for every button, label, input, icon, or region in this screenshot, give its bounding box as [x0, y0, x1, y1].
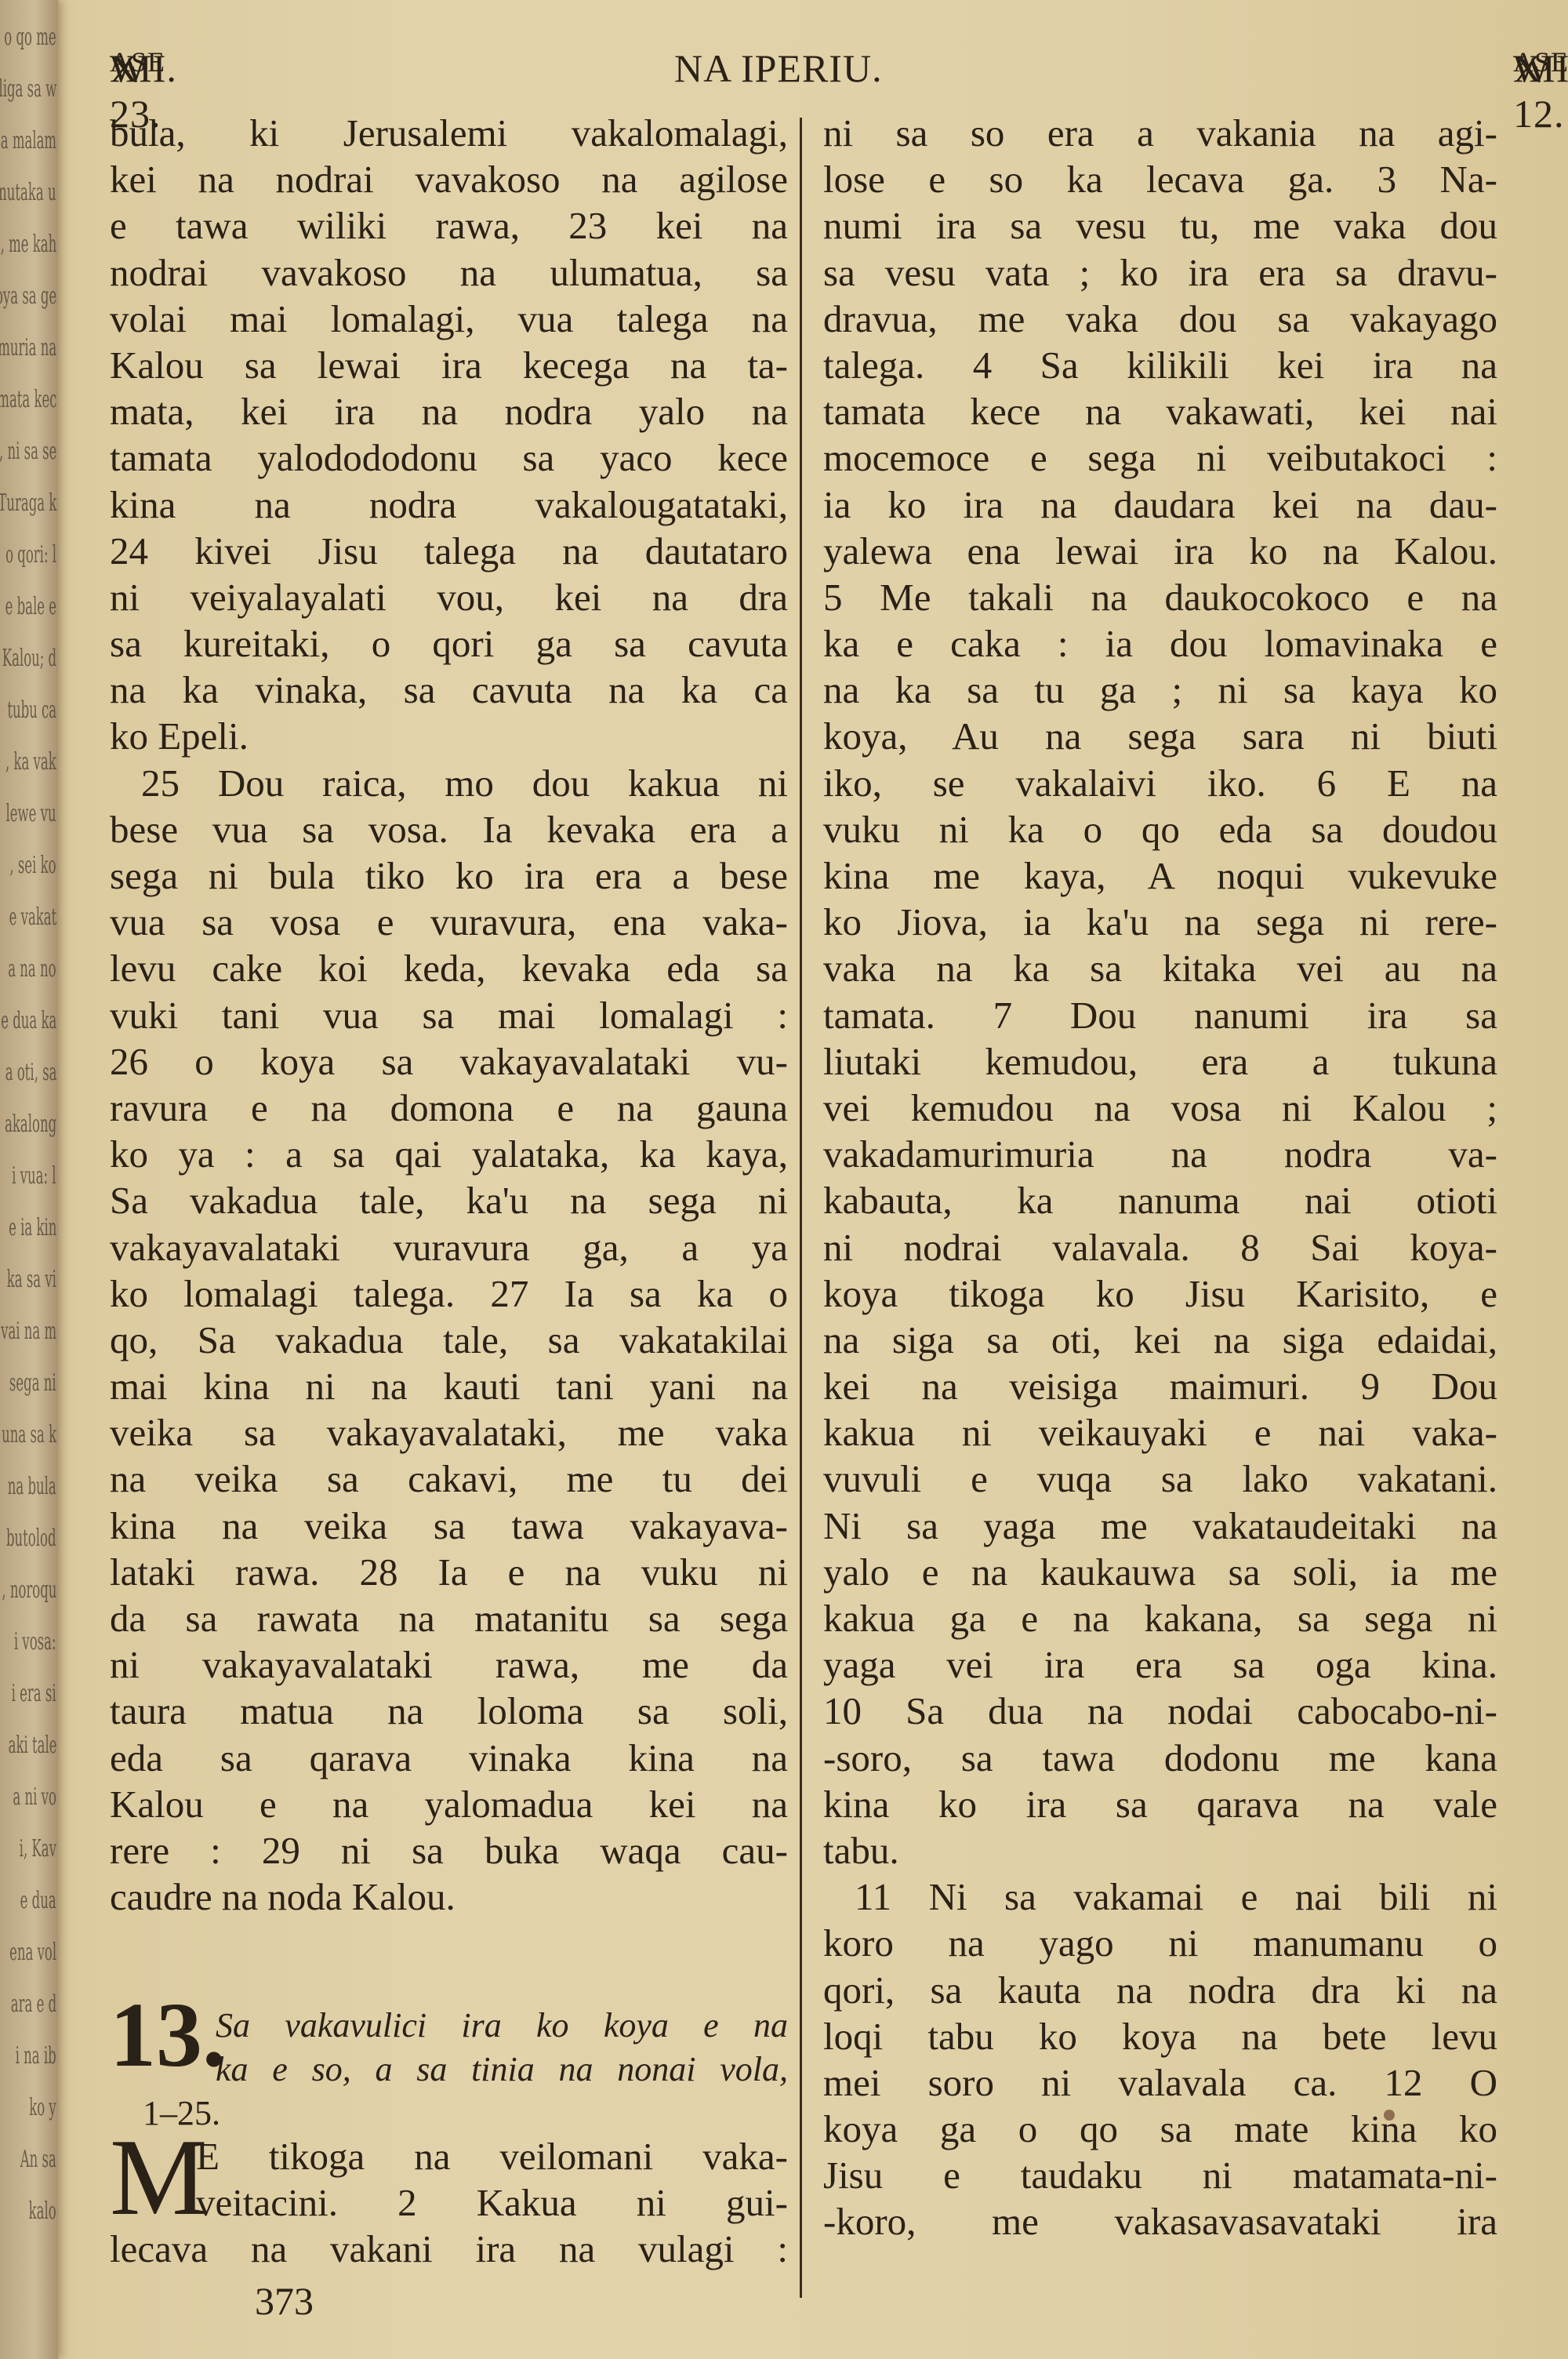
text-line: sa vesu vata ; ko ira era sa dravu- [823, 249, 1497, 296]
facing-page-fragment: oya sa ge [0, 282, 56, 310]
facing-page-fragment: ena vol [9, 1939, 56, 1966]
facing-page-fragment: tamata kec [0, 386, 56, 413]
facing-page-fragment: o qori: l [5, 541, 56, 569]
text-line: na ka sa tu ga ; ni sa kaya ko [823, 667, 1497, 713]
facing-page-fragment: a oti, sa [5, 1059, 56, 1086]
text-line: na veika sa cakavi, me tu dei [110, 1456, 788, 1502]
opening-lines: E tikoga na veilomani vaka-veitacini. 2 … [110, 2133, 788, 2272]
facing-page-fragment: e dua [20, 1887, 56, 1914]
text-line: na siga sa oti, kei na siga edaidai, [823, 1317, 1497, 1363]
text-line: 24 kivei Jisu talega na dautataro [110, 528, 788, 574]
text-line: Sa vakadua tale, ka'u na sega ni [110, 1177, 788, 1223]
facing-page-fragment: sega ni [9, 1369, 56, 1397]
text-line: qo, Sa vakadua tale, sa vakatakilai [110, 1317, 788, 1363]
text-line: ni vakayavalataki rawa, me da [110, 1641, 788, 1688]
facing-page-fragment: tubu ca [7, 696, 56, 724]
text-line: 25 Dou raica, mo dou kakua ni [110, 760, 788, 806]
text-line: tamata yalodododonu sa yaco kece [110, 434, 788, 481]
facing-page-fragment: a, ni sa se [0, 438, 56, 465]
facing-page-fragment: ko y [29, 2094, 56, 2121]
facing-page-fragment: butolod [6, 1525, 56, 1552]
text-line: koya, Au na sega sara ni biuti [823, 713, 1497, 759]
text-line: Kalou e na yalomadua kei na [110, 1781, 788, 1827]
facing-page-fragment: e dua ka [1, 1007, 56, 1034]
chapter-number: 13. [110, 1996, 226, 2074]
text-line: levu cake koi keda, kevaka eda sa [110, 945, 788, 991]
text-line: caudre na noda Kalou. [110, 1874, 788, 1920]
text-line: veitacini. 2 Kakua ni gui- [110, 2179, 788, 2226]
text-line: nodrai vavakoso na ulumatua, sa [110, 249, 788, 296]
facing-page-fragment: e vakat [9, 903, 56, 931]
facing-page-fragment: i, Kav [20, 1835, 56, 1863]
text-line: tabu. [823, 1827, 1497, 1874]
text-line: dravua, me vaka dou sa vakayago [823, 296, 1497, 342]
facing-page-fragment: kalo [29, 2197, 56, 2225]
paper-stain [1384, 2110, 1395, 2121]
facing-page-fragment: ara e d [11, 1990, 56, 2018]
text-line: ia ko ira na daudara kei na dau- [823, 482, 1497, 528]
text-line: kakua ga e na kakana, sa sega ni [823, 1595, 1497, 1641]
text-line: koro na yago ni manumanu o [823, 1920, 1497, 1966]
text-line: Kalou sa lewai ira kecega na ta- [110, 342, 788, 388]
facing-page-fragment: onutaka u [0, 179, 56, 206]
text-line: yalewa ena lewai ira ko na Kalou. [823, 528, 1497, 574]
text-line: vaka na ka sa kitaka vei au na [823, 945, 1497, 991]
text-line: kina me kaya, A noqui vukevuke [823, 852, 1497, 899]
text-line: vuvuli e vuqa sa lako vakatani. [823, 1456, 1497, 1502]
facing-page-fragment: An sa [20, 2146, 56, 2173]
text-line: ni sa so era a vakania na agi- [823, 110, 1497, 156]
text-line: e tawa wiliki rawa, 23 kei na [110, 202, 788, 249]
text-line: talega. 4 Sa kilikili kei ira na [823, 342, 1497, 388]
text-line: vakadamurimuria na nodra va- [823, 1131, 1497, 1177]
chapter-summary-line: Sa vakavulici ira ko koya e na [216, 2004, 788, 2048]
text-line: Jisu e taudaku ni matamata-ni- [823, 2152, 1497, 2198]
facing-page-fragment: ka sa vi [7, 1266, 56, 1293]
text-line: -koro, me vakasavasavataki ira [823, 2198, 1497, 2245]
facing-page-fragment: una sa k [2, 1421, 56, 1448]
text-line: da sa rawata na matanitu sa sega [110, 1595, 788, 1641]
facing-page-fragment: i era si [12, 1680, 56, 1707]
text-line: ko Epeli. [110, 713, 788, 759]
text-line: ko ya : a sa qai yalataka, ka kaya, [110, 1131, 788, 1177]
text-line: koya ga o qo sa mate kina ko [823, 2106, 1497, 2152]
text-line: volai mai lomalagi, vua talega na [110, 296, 788, 342]
text-line: lose e so ka lecava ga. 3 Na- [823, 156, 1497, 202]
running-header: WASE XII. 23. NA IPERIU. WASE XIII. 12. [110, 45, 1513, 93]
facing-page-fragment: e ia kin [9, 1214, 56, 1241]
text-line: tamata. 7 Dou nanumi ira sa [823, 992, 1497, 1038]
facing-page-fragment: liga sa w [0, 75, 56, 103]
facing-page-fragment: , me kah [0, 231, 56, 258]
chapter-summary: Sa vakavulici ira ko koya e na ka e so, … [216, 2004, 788, 2092]
text-line: ravura e na domona e na gauna [110, 1085, 788, 1131]
text-line: kei na nodrai vavakoso na agilose [110, 156, 788, 202]
text-line: sega ni bula tiko ko ira era a bese [110, 852, 788, 899]
text-line: mei soro ni valavala ca. 12 O [823, 2059, 1497, 2106]
facing-page-fragment: e bale e [5, 593, 56, 620]
text-line: taura matua na loloma sa soli, [110, 1688, 788, 1734]
text-line: yalo e na kaukauwa sa soli, ia me [823, 1549, 1497, 1595]
facing-page-fragment: , noroqu [2, 1576, 56, 1604]
text-line: 5 Me takali na daukocokoco e na [823, 574, 1497, 620]
text-line: eda sa qarava vinaka kina na [110, 1735, 788, 1781]
text-line: vei kemudou na vosa ni Kalou ; [823, 1085, 1497, 1131]
facing-page-fragment: sa malam [0, 127, 56, 154]
drop-cap-letter: M [110, 2127, 207, 2229]
text-line: kakua ni veikauyaki e nai vaka- [823, 1409, 1497, 1456]
text-line: sa kureitaki, o qori ga sa cavuta [110, 620, 788, 667]
facing-page-fragment: Turaga k [0, 489, 56, 517]
text-line: koya tikoga ko Jisu Karisito, e [823, 1270, 1497, 1317]
text-line: kabauta, ka nanuma nai otioti [823, 1177, 1497, 1223]
text-line: ko Jiova, ia ka'u na sega ni rere- [823, 899, 1497, 945]
text-line: mocemoce e sega ni veibutakoci : [823, 434, 1497, 481]
facing-page-edge: o qo meliga sa wsa malamonutaka u, me ka… [0, 0, 58, 2359]
text-line: ni nodrai valavala. 8 Sai koya- [823, 1224, 1497, 1270]
text-line: vuku ni ka o qo eda sa doudou [823, 806, 1497, 852]
text-line: E tikoga na veilomani vaka- [110, 2133, 788, 2179]
facing-page-fragment: akalong [5, 1110, 56, 1138]
text-line: qori, sa kauta na nodra dra ki na [823, 1967, 1497, 2013]
text-line: bula, ki Jerusalemi vakalomalagi, [110, 110, 788, 156]
text-line: 11 Ni sa vakamai e nai bili ni [823, 1874, 1497, 1920]
text-line: tamata kece na vakawati, kei nai [823, 388, 1497, 434]
text-line: Ni sa yaga me vakataudeitaki na [823, 1503, 1497, 1549]
facing-page-fragment: Kalou; d [2, 645, 56, 672]
text-line: mata, kei ira na nodra yalo na [110, 388, 788, 434]
facing-page-fragment: , sei ko [10, 852, 56, 879]
text-line: 26 o koya sa vakayavalataki vu- [110, 1038, 788, 1085]
text-line: ni veiyalayalati vou, kei na dra [110, 574, 788, 620]
header-book-title: NA IPERIU. [674, 45, 883, 91]
text-line: iko, se vakalaivi iko. 6 E na [823, 760, 1497, 806]
text-line: lataki rawa. 28 Ia e na vuku ni [110, 1549, 788, 1595]
facing-page-fragment: a ni vo [13, 1783, 56, 1811]
facing-page-fragment: i vosa: [14, 1628, 56, 1656]
text-line: numi ira sa vesu tu, me vaka dou [823, 202, 1497, 249]
text-line: vuki tani vua sa mai lomalagi : [110, 992, 788, 1038]
facing-page-fragment: i vua: l [13, 1162, 56, 1190]
text-line: yaga vei ira era sa oga kina. [823, 1641, 1497, 1688]
text-line: -soro, sa tawa dodonu me kana [823, 1735, 1497, 1781]
text-line: loqi tabu ko koya na bete levu [823, 2013, 1497, 2059]
facing-page-fragment: i na ib [16, 2042, 56, 2070]
facing-page-fragment: lewe vu [6, 800, 56, 827]
text-line: lecava na vakani ira na vulagi : [110, 2226, 788, 2272]
facing-page-fragment: , ka vak [5, 748, 56, 776]
text-line: rere : 29 ni sa buka waqa cau- [110, 1827, 788, 1874]
left-text-column: bula, ki Jerusalemi vakalomalagi,kei na … [110, 110, 788, 1920]
text-line: vua sa vosa e vuravura, ena vaka- [110, 899, 788, 945]
chapter-summary-line: ka e so, a sa tinia na nonai vola, [216, 2048, 788, 2092]
text-line: vakayavalataki vuravura ga, a ya [110, 1224, 788, 1270]
facing-page-fragment: aki tale [8, 1732, 56, 1759]
chapter-opening-paragraph: M E tikoga na veilomani vaka-veitacini. … [110, 2133, 788, 2272]
text-line: na ka vinaka, sa cavuta na ka ca [110, 667, 788, 713]
text-line: kina na veika sa tawa vakayava- [110, 1503, 788, 1549]
text-line: kina na nodra vakalougatataki, [110, 482, 788, 528]
column-divider-rule [800, 118, 802, 2298]
facing-page-fragment: amuria na [0, 334, 56, 362]
facing-page-fragment: vai na m [1, 1318, 56, 1345]
text-line: 10 Sa dua na nodai cabocabo-ni- [823, 1688, 1497, 1734]
text-line: ko lomalagi talega. 27 Ia sa ka o [110, 1270, 788, 1317]
facing-page-fragment: a na no [9, 955, 56, 983]
text-line: bese vua sa vosa. Ia kevaka era a [110, 806, 788, 852]
text-line: kina ko ira sa qarava na vale [823, 1781, 1497, 1827]
text-line: ka e caka : ia dou lomavinaka e [823, 620, 1497, 667]
text-line: mai kina ni na kauti tani yani na [110, 1363, 788, 1409]
text-line: liutaki kemudou, era a tukuna [823, 1038, 1497, 1085]
facing-page-fragment: o qo me [5, 24, 56, 51]
facing-page-fragment: na bula [8, 1473, 56, 1500]
text-line: veika sa vakayavalataki, me vaka [110, 1409, 788, 1456]
page-number: 373 [255, 2278, 314, 2324]
text-line: kei na veisiga maimuri. 9 Dou [823, 1363, 1497, 1409]
right-text-column: ni sa so era a vakania na agi-lose e so … [823, 110, 1497, 2245]
